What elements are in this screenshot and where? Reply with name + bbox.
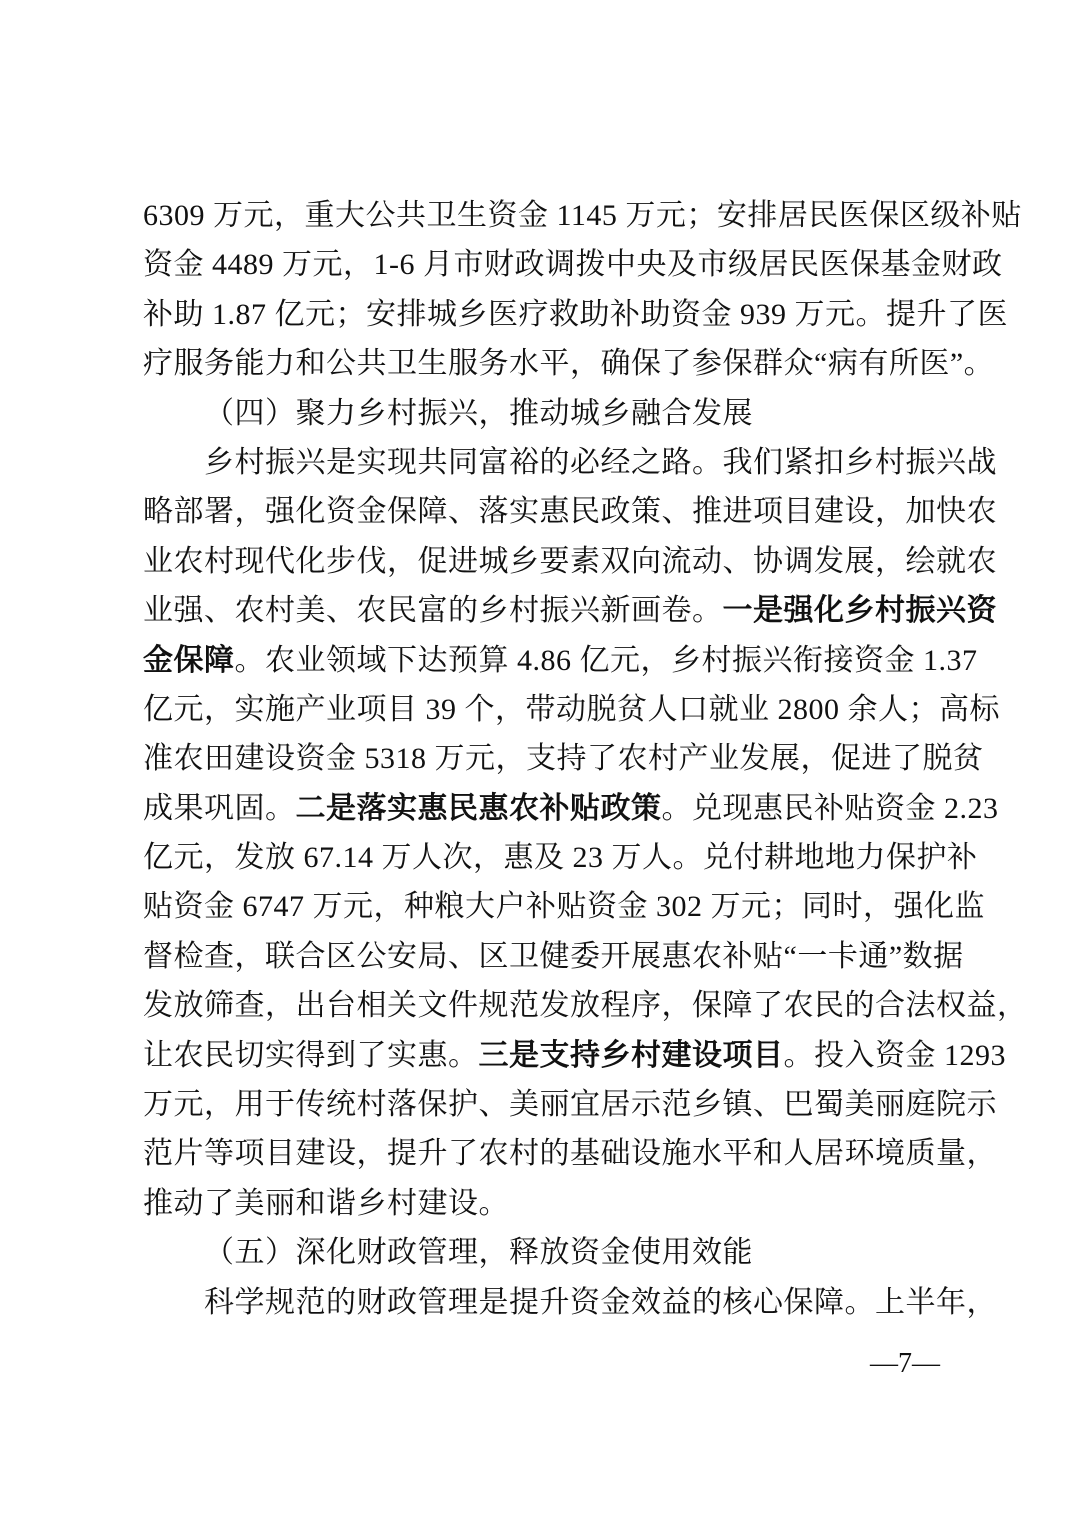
text-line: 资金 4489 万元，1-6 月市财政调拨中央及市级居民医保基金财政 bbox=[143, 240, 938, 289]
text-run: 疗服务能力和公共卫生服务水平，确保了参保群众“病有所医”。 bbox=[143, 347, 994, 380]
text-run: 略部署，强化资金保障、落实惠民政策、推进项目建设，加快农 bbox=[143, 495, 997, 528]
text-line: 疗服务能力和公共卫生服务水平，确保了参保群众“病有所医”。 bbox=[143, 339, 938, 388]
text-line: 科学规范的财政管理是提升资金效益的核心保障。上半年， bbox=[143, 1278, 938, 1327]
body-text: 6309 万元，重大公共卫生资金 1145 万元；安排居民医保区级补贴 资金 4… bbox=[143, 191, 938, 1327]
text-line: 乡村振兴是实现共同富裕的必经之路。我们紧扣乡村振兴战 bbox=[143, 438, 938, 487]
text-line: 准农田建设资金 5318 万元，支持了农村产业发展，促进了脱贫 bbox=[143, 734, 938, 783]
text-line: 成果巩固。二是落实惠民惠农补贴政策。兑现惠民补贴资金 2.23 bbox=[143, 784, 938, 833]
text-run: 乡村振兴是实现共同富裕的必经之路。我们紧扣乡村振兴战 bbox=[204, 446, 997, 479]
text-run: 万元，用于传统村落保护、美丽宜居示范乡镇、巴蜀美丽庭院示 bbox=[143, 1088, 997, 1121]
text-line: 业农村现代化步伐，促进城乡要素双向流动、协调发展，绘就农 bbox=[143, 537, 938, 586]
text-run: 让农民切实得到了实惠。 bbox=[143, 1039, 479, 1072]
text-run: 科学规范的财政管理是提升资金效益的核心保障。上半年， bbox=[204, 1286, 997, 1319]
text-run: 贴资金 6747 万元，种粮大户补贴资金 302 万元；同时，强化监 bbox=[143, 890, 985, 923]
text-line: 6309 万元，重大公共卫生资金 1145 万元；安排居民医保区级补贴 bbox=[143, 191, 938, 240]
text-line: 金保障。农业领域下达预算 4.86 亿元，乡村振兴衔接资金 1.37 bbox=[143, 636, 938, 685]
document-page: 6309 万元，重大公共卫生资金 1145 万元；安排居民医保区级补贴 资金 4… bbox=[0, 0, 1074, 1520]
text-run: 业强、农村美、农民富的乡村振兴新画卷。 bbox=[143, 594, 723, 627]
text-line: 范片等项目建设，提升了农村的基础设施水平和人居环境质量， bbox=[143, 1129, 938, 1178]
text-run: 发放筛查，出台相关文件规范发放程序，保障了农民的合法权益， bbox=[143, 989, 1028, 1022]
bold-point-2: 二是落实惠民惠农补贴政策 bbox=[296, 792, 662, 825]
heading-text: （五）深化财政管理，释放资金使用效能 bbox=[204, 1236, 753, 1269]
text-run: 资金 4489 万元，1-6 月市财政调拨中央及市级居民医保基金财政 bbox=[143, 248, 1003, 281]
bold-point-1: 一是强化乡村振兴资 bbox=[723, 594, 998, 627]
text-run: 推动了美丽和谐乡村建设。 bbox=[143, 1187, 509, 1220]
text-run: 成果巩固。 bbox=[143, 792, 296, 825]
text-run: 督检查，联合区公安局、区卫健委开展惠农补贴“一卡通”数据 bbox=[143, 940, 964, 973]
text-line: 补助 1.87 亿元；安排城乡医疗救助补助资金 939 万元。提升了医 bbox=[143, 290, 938, 339]
bold-point-1-cont: 金保障 bbox=[143, 644, 235, 677]
text-run: 亿元，实施产业项目 39 个，带动脱贫人口就业 2800 余人；高标 bbox=[143, 693, 1000, 726]
text-run: 6309 万元，重大公共卫生资金 1145 万元；安排居民医保区级补贴 bbox=[143, 199, 1022, 232]
text-run: 范片等项目建设，提升了农村的基础设施水平和人居环境质量， bbox=[143, 1137, 997, 1170]
text-line: 业强、农村美、农民富的乡村振兴新画卷。一是强化乡村振兴资 bbox=[143, 586, 938, 635]
text-line: 让农民切实得到了实惠。三是支持乡村建设项目。投入资金 1293 bbox=[143, 1031, 938, 1080]
text-run: 亿元，发放 67.14 万人次，惠及 23 万人。兑付耕地地力保护补 bbox=[143, 841, 978, 874]
page-number: —7— bbox=[860, 1348, 940, 1380]
text-line: 贴资金 6747 万元，种粮大户补贴资金 302 万元；同时，强化监 bbox=[143, 882, 938, 931]
bold-point-3: 三是支持乡村建设项目 bbox=[479, 1039, 784, 1072]
text-line: 发放筛查，出台相关文件规范发放程序，保障了农民的合法权益， bbox=[143, 981, 938, 1030]
text-line: 推动了美丽和谐乡村建设。 bbox=[143, 1179, 938, 1228]
text-run: 。兑现惠民补贴资金 2.23 bbox=[662, 792, 999, 825]
text-run: 。农业领域下达预算 4.86 亿元，乡村振兴衔接资金 1.37 bbox=[235, 644, 978, 677]
text-line: 亿元，发放 67.14 万人次，惠及 23 万人。兑付耕地地力保护补 bbox=[143, 833, 938, 882]
text-line: 督检查，联合区公安局、区卫健委开展惠农补贴“一卡通”数据 bbox=[143, 932, 938, 981]
text-line: 万元，用于传统村落保护、美丽宜居示范乡镇、巴蜀美丽庭院示 bbox=[143, 1080, 938, 1129]
text-run: 补助 1.87 亿元；安排城乡医疗救助补助资金 939 万元。提升了医 bbox=[143, 298, 1008, 331]
text-run: 业农村现代化步伐，促进城乡要素双向流动、协调发展，绘就农 bbox=[143, 545, 997, 578]
text-run: 。投入资金 1293 bbox=[784, 1039, 1007, 1072]
section-heading-5: （五）深化财政管理，释放资金使用效能 bbox=[143, 1228, 938, 1277]
section-heading-4: （四）聚力乡村振兴，推动城乡融合发展 bbox=[143, 389, 938, 438]
heading-text: （四）聚力乡村振兴，推动城乡融合发展 bbox=[204, 397, 753, 430]
text-line: 亿元，实施产业项目 39 个，带动脱贫人口就业 2800 余人；高标 bbox=[143, 685, 938, 734]
text-run: 准农田建设资金 5318 万元，支持了农村产业发展，促进了脱贫 bbox=[143, 742, 984, 775]
text-line: 略部署，强化资金保障、落实惠民政策、推进项目建设，加快农 bbox=[143, 487, 938, 536]
